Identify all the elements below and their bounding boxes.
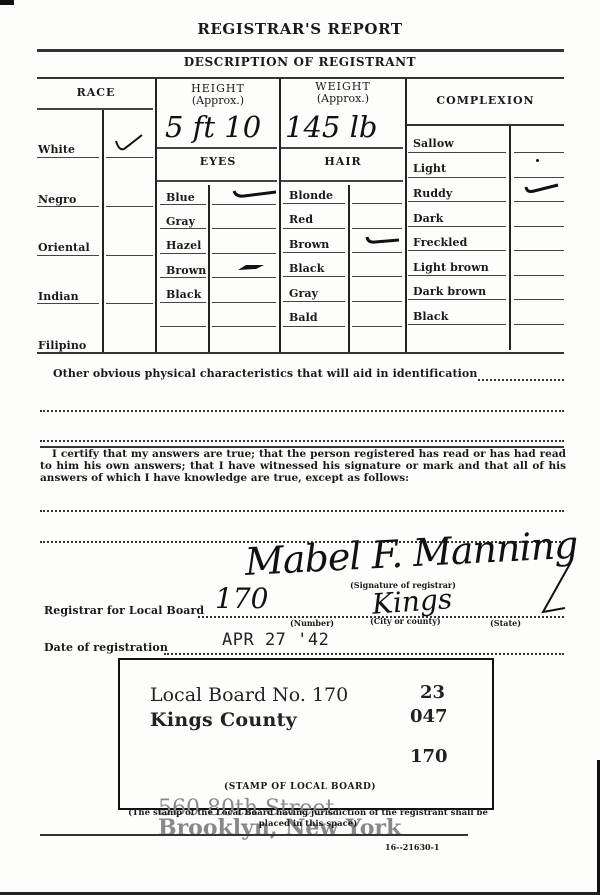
hair-header: HAIR [281,155,405,168]
checkmark-icon [236,262,266,274]
height-value: 5 ft 10 [165,110,261,144]
height-sub: (Approx.) [157,94,279,107]
stamp-board-line: Local Board No. 170 [150,684,348,706]
local-board-number: 170 [215,582,268,615]
form-number: 16--21630-1 [385,842,440,852]
checkmark-icon [524,183,560,195]
other-characteristics-label: Other obvious physical characteristics t… [53,367,477,380]
stamp-code: 23 [420,682,445,703]
eyes-header: EYES [157,155,279,168]
divider [37,77,564,79]
stamp-code: 047 [410,706,448,727]
local-board-label: Registrar for Local Board [44,604,204,617]
weight-value: 145 lb [285,110,377,144]
divider [40,834,468,836]
dot-mark [536,159,539,162]
section-title: DESCRIPTION OF REGISTRANT [0,55,600,69]
complexion-header: COMPLEXION [407,94,564,107]
registrar-signature: Mabel F. Manning [244,523,579,584]
race-header: RACE [37,86,155,99]
checkmark-icon [232,187,278,201]
local-board-county: Kings [371,582,453,621]
slash-mark [535,560,575,620]
registration-date-value: APR 27 '42 [222,630,329,650]
checkmark-icon [114,131,144,153]
certification-text: I certify that my answers are true; that… [40,448,566,484]
divider [37,49,564,52]
form-title: REGISTRAR'S REPORT [0,20,600,38]
stamp-note: (The stamp of the Local Board having jur… [118,808,498,830]
weight-sub: (Approx.) [281,92,405,105]
stamp-code: 170 [410,746,448,767]
checkmark-icon [365,234,401,246]
stamp-county-line: Kings County [150,709,297,731]
registration-date-label: Date of registration [44,641,168,654]
stamp-caption: (STAMP OF LOCAL BOARD) [0,782,600,792]
scan-edge [0,0,14,5]
